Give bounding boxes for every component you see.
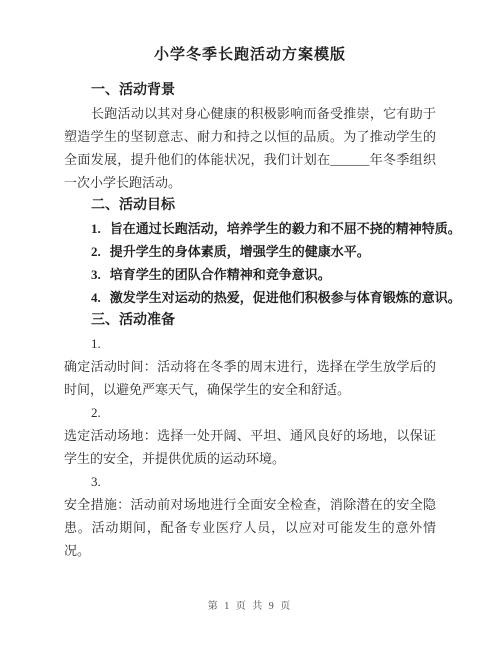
section-heading-goals: 二、活动目标	[64, 194, 436, 217]
goal-item-text: 提升学生的身体素质，增强学生的健康水平。	[110, 244, 370, 259]
goal-item: 3.培育学生的团队合作精神和竞争意识。	[64, 263, 436, 286]
goal-item-text: 激发学生对运动的热爱，促进他们积极参与体育锻炼的意识。	[110, 290, 461, 305]
prep-item-text: 安全措施：活动前对场地进行全面安全检查，消除潜在的安全隐患。活动期间，配备专业医…	[64, 493, 436, 562]
goal-item-number: 3.	[91, 267, 101, 282]
section-heading-preparation: 三、活动准备	[64, 309, 436, 332]
goal-item: 4.激发学生对运动的热爱，促进他们积极参与体育锻炼的意识。	[64, 286, 436, 309]
page-number-footer: 第 1 页 共 9 页	[0, 599, 500, 615]
prep-item-number: 2.	[64, 401, 436, 424]
prep-item-number: 3.	[64, 470, 436, 493]
goal-item-text: 旨在通过长跑活动，培养学生的毅力和不屈不挠的精神特质。	[110, 221, 461, 236]
document-title: 小学冬季长跑活动方案模版	[64, 44, 436, 67]
goal-item: 1.旨在通过长跑活动，培养学生的毅力和不屈不挠的精神特质。	[64, 217, 436, 240]
goal-item-text: 培育学生的团队合作精神和竞争意识。	[110, 267, 331, 282]
prep-item-number: 1.	[64, 332, 436, 355]
goal-item: 2.提升学生的身体素质，增强学生的健康水平。	[64, 240, 436, 263]
prep-item-text: 选定活动场地：选择一处开阔、平坦、通风良好的场地，以保证学生的安全，并提供优质的…	[64, 424, 436, 470]
background-paragraph: 长跑活动以其对身心健康的积极影响而备受推崇，它有助于塑造学生的坚韧意志、耐力和持…	[64, 102, 436, 194]
goal-item-number: 1.	[91, 221, 101, 236]
goal-item-number: 4.	[91, 290, 101, 305]
document-page: 小学冬季长跑活动方案模版 一、活动背景 长跑活动以其对身心健康的积极影响而备受推…	[0, 0, 500, 647]
goal-item-number: 2.	[91, 244, 101, 259]
section-heading-background: 一、活动背景	[64, 79, 436, 102]
prep-item-text: 确定活动时间：活动将在冬季的周末进行，选择在学生放学后的时间，以避免严寒天气，确…	[64, 355, 436, 401]
